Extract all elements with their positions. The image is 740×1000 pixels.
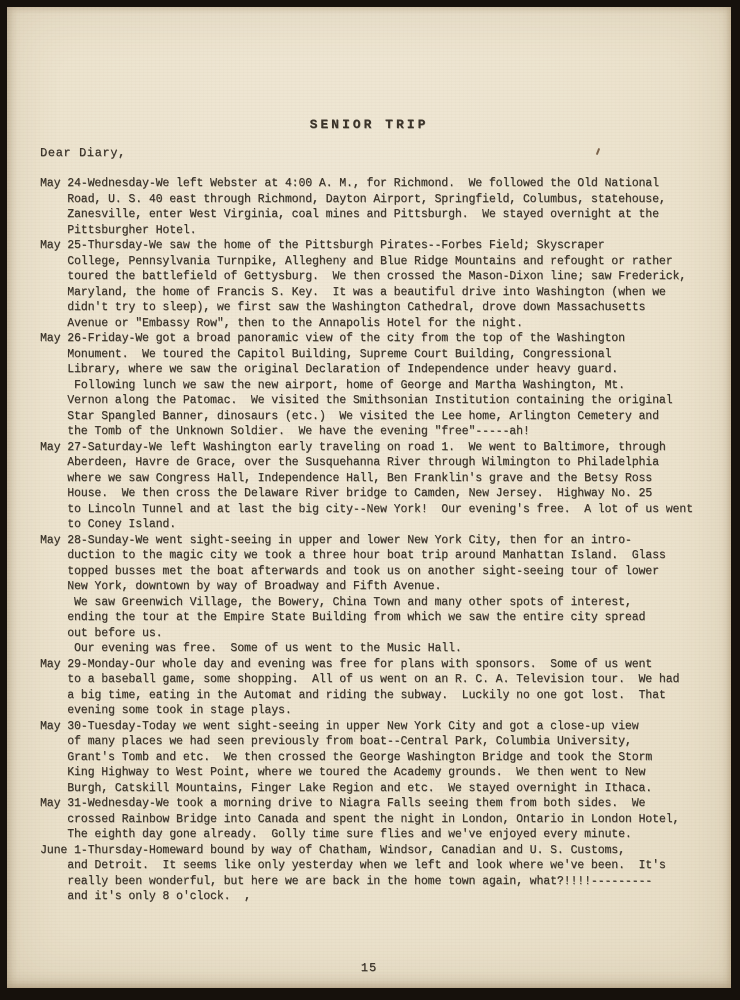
entry-line: Our evening was free. Some of us went to… <box>40 641 710 657</box>
entry-line: College, Pennsylvania Turnpike, Alleghen… <box>40 254 710 270</box>
diary-entry: May 28-Sunday-We went sight-seeing in up… <box>40 533 710 657</box>
entry-line: Star Spangled Banner, dinosaurs (etc.) W… <box>40 409 710 425</box>
entry-line: Library, where we saw the original Decla… <box>40 362 710 378</box>
ink-speck-mark <box>596 148 600 155</box>
entry-line: and it's only 8 o'clock. , <box>40 889 710 905</box>
diary-entry: May 25-Thursday-We saw the home of the P… <box>40 238 710 331</box>
entry-line: didn't try to sleep), we first saw the W… <box>40 300 710 316</box>
entry-line: The eighth day gone already. Golly time … <box>40 827 710 843</box>
entry-line: the Tomb of the Unknown Soldier. We have… <box>40 424 710 440</box>
salutation: Dear Diary, <box>40 146 126 160</box>
entry-line: May 29-Monday-Our whole day and evening … <box>40 657 710 673</box>
entry-line: June 1-Thursday-Homeward bound by way of… <box>40 843 710 859</box>
entry-line: May 27-Saturday-We left Washington early… <box>40 440 710 456</box>
diary-entry: May 24-Wednesday-We left Webster at 4:00… <box>40 176 710 238</box>
entry-line: ending the tour at the Empire State Buil… <box>40 610 710 626</box>
entry-line: Road, U. S. 40 east through Richmond, Da… <box>40 192 710 208</box>
entry-line: May 28-Sunday-We went sight-seeing in up… <box>40 533 710 549</box>
entry-line: Avenue or "Embassy Row", then to the Ann… <box>40 316 710 332</box>
entry-line: topped busses met the boat afterwards an… <box>40 564 710 580</box>
entry-line: out before us. <box>40 626 710 642</box>
entry-line: King Highway to West Point, where we tou… <box>40 765 710 781</box>
entry-line: House. We then cross the Delaware River … <box>40 486 710 502</box>
entry-line: Vernon along the Patomac. We visited the… <box>40 393 710 409</box>
entry-line: May 24-Wednesday-We left Webster at 4:00… <box>40 176 710 192</box>
entry-line: Grant's Tomb and etc. We then crossed th… <box>40 750 710 766</box>
diary-entry: June 1-Thursday-Homeward bound by way of… <box>40 843 710 905</box>
entry-line: a big time, eating in the Automat and ri… <box>40 688 710 704</box>
diary-entry: May 27-Saturday-We left Washington early… <box>40 440 710 533</box>
entry-line: duction to the magic city we took a thre… <box>40 548 710 564</box>
diary-entry: May 29-Monday-Our whole day and evening … <box>40 657 710 719</box>
entry-line: Pittsburgher Hotel. <box>40 223 710 239</box>
entry-line: Zanesville, enter West Virginia, coal mi… <box>40 207 710 223</box>
entry-line: where we saw Congress Hall, Independence… <box>40 471 710 487</box>
entry-line: May 31-Wednesday-We took a morning drive… <box>40 796 710 812</box>
scanned-page: SENIOR TRIP Dear Diary, May 24-Wednesday… <box>7 7 731 988</box>
diary-entry: May 30-Tuesday-Today we went sight-seein… <box>40 719 710 797</box>
entry-line: Monument. We toured the Capitol Building… <box>40 347 710 363</box>
entry-line: Aberdeen, Havre de Grace, over the Susqu… <box>40 455 710 471</box>
entry-line: Maryland, the home of Francis S. Key. It… <box>40 285 710 301</box>
diary-entry: May 26-Friday-We got a broad panoramic v… <box>40 331 710 440</box>
entry-line: toured the battlefield of Gettysburg. We… <box>40 269 710 285</box>
entry-line: of many places we had seen previously fr… <box>40 734 710 750</box>
entry-line: Following lunch we saw the new airport, … <box>40 378 710 394</box>
entry-line: and Detroit. It seems like only yesterda… <box>40 858 710 874</box>
entry-line: really been wonderful, but here we are b… <box>40 874 710 890</box>
entry-line: to a baseball game, some shopping. All o… <box>40 672 710 688</box>
entry-line: May 25-Thursday-We saw the home of the P… <box>40 238 710 254</box>
entry-line: to Lincoln Tunnel and at last the big ci… <box>40 502 710 518</box>
entry-line: We saw Greenwich Village, the Bowery, Ch… <box>40 595 710 611</box>
diary-entry: May 31-Wednesday-We took a morning drive… <box>40 796 710 843</box>
entry-line: New York, downtown by way of Broadway an… <box>40 579 710 595</box>
page-title: SENIOR TRIP <box>7 117 731 132</box>
entry-line: May 26-Friday-We got a broad panoramic v… <box>40 331 710 347</box>
entry-line: crossed Rainbow Bridge into Canada and s… <box>40 812 710 828</box>
page-number: 15 <box>7 961 731 975</box>
entry-line: to Coney Island. <box>40 517 710 533</box>
diary-entries: May 24-Wednesday-We left Webster at 4:00… <box>40 176 710 905</box>
entry-line: evening some took in stage plays. <box>40 703 710 719</box>
entry-line: Burgh, Catskill Mountains, Finger Lake R… <box>40 781 710 797</box>
entry-line: May 30-Tuesday-Today we went sight-seein… <box>40 719 710 735</box>
